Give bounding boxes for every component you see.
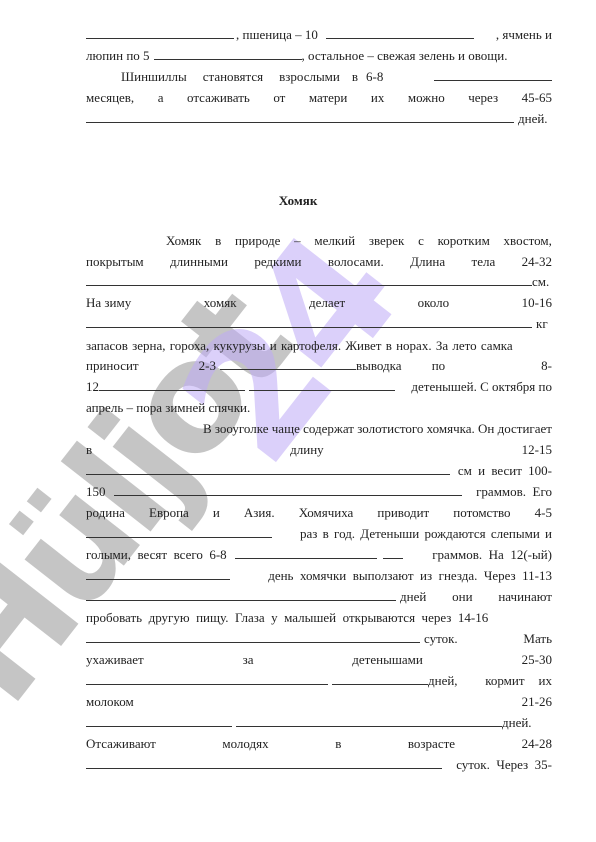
section-title: Хомяк (0, 193, 596, 209)
text-line: дней. (86, 111, 552, 127)
fill-blank[interactable] (86, 568, 230, 580)
word: месяцев, (86, 90, 134, 106)
word: с (418, 233, 424, 249)
word: в (335, 736, 341, 752)
text-line: пробовать другую пищу. Глаза у малышей о… (86, 610, 552, 626)
fill-blank[interactable] (86, 715, 232, 727)
text-line: день хомячки выползают из гнезда. Через … (86, 568, 552, 584)
word: приводит (377, 505, 429, 521)
word: в (215, 233, 221, 249)
word: Хомяк (166, 233, 201, 249)
word: Европа (149, 505, 189, 521)
fill-blank[interactable] (332, 673, 428, 685)
word: а (158, 90, 164, 106)
text-line: см и весит 100- (86, 463, 552, 479)
fill-blank[interactable] (86, 274, 532, 286)
text-line: дней. (86, 715, 552, 731)
word: тела (472, 254, 496, 270)
text-line: 150 граммов. Его (86, 484, 552, 500)
fill-blank[interactable] (86, 673, 328, 685)
fill-blank[interactable] (434, 69, 552, 81)
word: зверек (369, 233, 405, 249)
word: покрытым (86, 254, 144, 270)
word: Длина (410, 254, 445, 270)
text-line: дней они начинают (86, 589, 552, 605)
text-line: апрель – пора зимней спячки. (86, 400, 552, 416)
word: 10-16 (522, 295, 552, 311)
text-line: , пшеница – 10 , ячмень и (86, 27, 552, 43)
word: возрасте (408, 736, 455, 752)
word: 24-28 (522, 736, 552, 752)
text-line: молоком 21-26 (86, 694, 552, 710)
word: 45-65 (522, 90, 552, 106)
text-line: ухаживаетзадетенышами25-30 (86, 652, 552, 668)
word: и (213, 505, 220, 521)
word: в (86, 442, 92, 458)
text-line: месяцев,аотсаживатьотматериихможночерез4… (86, 90, 552, 106)
word: волосами. (328, 254, 384, 270)
text-line: Шиншиллы становятся взрослыми в 6-8 (86, 69, 552, 85)
word: На зиму (86, 295, 131, 311)
word: около (418, 295, 449, 311)
text-line: суток. Мать (86, 631, 552, 647)
document-page: Hüljot 24 , пшеница – 10 , ячмень и люпи… (0, 0, 596, 842)
word: Отсаживают (86, 736, 156, 752)
word: хвостом, (504, 233, 552, 249)
word: хомяк (204, 295, 237, 311)
word: природе (235, 233, 280, 249)
fill-blank[interactable] (383, 547, 403, 559)
word: Азия. (244, 505, 275, 521)
fill-blank[interactable] (235, 547, 377, 559)
text-line: приносит 2-3 выводка по 8- (86, 358, 552, 374)
fill-blank[interactable] (86, 27, 234, 39)
text-line: запасов зерна, гороха, кукурузы и картоф… (86, 338, 552, 354)
fill-blank[interactable] (86, 631, 420, 643)
fill-blank[interactable] (249, 379, 395, 391)
text-line: суток. Через 35- (86, 757, 552, 773)
word: через (468, 90, 498, 106)
word: за (243, 652, 254, 668)
fill-blank[interactable] (86, 526, 272, 538)
word: можно (408, 90, 445, 106)
word: редкими (254, 254, 301, 270)
word: их (371, 90, 384, 106)
text-line: родинаЕвропаиАзия.Хомячихаприводитпотомс… (86, 505, 552, 521)
word: ухаживает (86, 652, 144, 668)
word: мелкий (314, 233, 355, 249)
fill-blank[interactable] (236, 715, 502, 727)
word: молодях (222, 736, 268, 752)
text-line: дней, кормит их (86, 673, 552, 689)
word: матери (309, 90, 347, 106)
text-line: покрытымдлиннымиредкимиволосами.Длинател… (86, 254, 552, 270)
word: 12-15 (522, 442, 552, 458)
word: от (273, 90, 285, 106)
fill-blank[interactable] (154, 48, 302, 60)
word: потомство (453, 505, 510, 521)
fill-blank[interactable] (86, 463, 450, 475)
text-line: Отсаживаютмолодяхввозрасте24-28 (86, 736, 552, 752)
word: длинными (170, 254, 228, 270)
fill-blank[interactable] (114, 484, 462, 496)
fill-blank[interactable] (86, 316, 532, 328)
word: родина (86, 505, 125, 521)
text-line: В зооуголке чаще содержат золотистого хо… (166, 421, 552, 437)
fill-blank[interactable] (86, 111, 514, 123)
word: длину (290, 442, 324, 458)
fill-blank[interactable] (220, 358, 356, 370)
text-line: люпин по 5 , остальное – свежая зелень и… (86, 48, 552, 64)
text-line: вдлину12-15 (86, 442, 552, 458)
word: коротким (438, 233, 490, 249)
word: делает (309, 295, 345, 311)
word: отсаживать (187, 90, 250, 106)
fill-blank[interactable] (99, 379, 245, 391)
text-line: см. (86, 274, 552, 290)
fill-blank[interactable] (86, 757, 442, 769)
text-line: 12 детенышей. С октября по (86, 379, 552, 395)
word: Хомячиха (299, 505, 354, 521)
text-line: раз в год. Детеныши рождаются слепыми и (86, 526, 552, 542)
fill-blank[interactable] (326, 27, 474, 39)
text-line: На зимухомякделаетоколо10-16 (86, 295, 552, 311)
word: – (294, 233, 301, 249)
fill-blank[interactable] (86, 589, 396, 601)
text-line: Хомяквприроде–мелкийзверекскороткимхвост… (166, 233, 552, 249)
word: 25-30 (522, 652, 552, 668)
word: 24-32 (522, 254, 552, 270)
text-line: голыми, весят всего 6-8 граммов. На 12(-… (86, 547, 552, 563)
text-line: кг (86, 316, 552, 332)
word: детенышами (352, 652, 423, 668)
word: 4-5 (535, 505, 552, 521)
